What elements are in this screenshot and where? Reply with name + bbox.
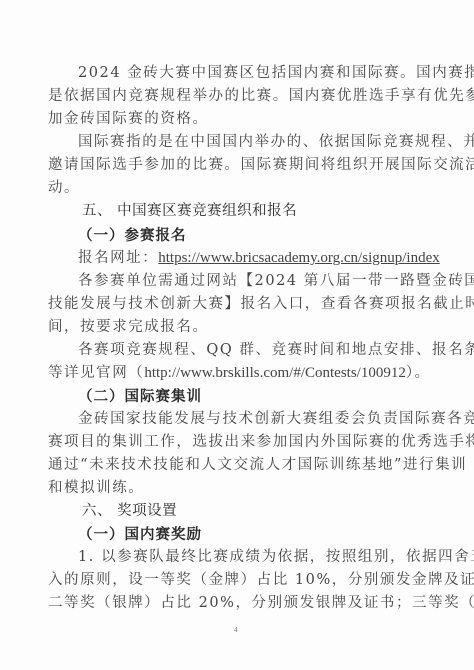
paragraph-3-line-3: 间，按要求完成报名。	[48, 316, 209, 339]
section-5-sub-2-heading: （二）国际赛集训	[78, 385, 202, 408]
paragraph-4-prefix: 等详见官网（	[48, 365, 144, 381]
paragraph-5-line-1: 金砖国家技能发展与技术创新大赛组委会负责国际赛各竞	[78, 408, 418, 431]
paragraph-5-line-3: 通过“未来技术技能和人文交流人才国际训练基地”进行集训	[48, 454, 418, 477]
official-site-url: http://www.brskills.com/#/Contests/10091…	[144, 365, 406, 381]
signup-line: 报名网址：https://www.bricsacademy.org.cn/sig…	[78, 247, 440, 270]
section-6-heading: 六、 奖项设置	[82, 500, 177, 523]
section-5-heading: 五、 中国赛区赛竞赛组织和报名	[82, 200, 297, 223]
paragraph-6-line-1: 1. 以参赛队最终比赛成绩为依据，按照组别，依据四舍五	[78, 546, 418, 569]
paragraph-5-line-4: 和模拟训练。	[48, 477, 144, 500]
document-page: 2024 金砖大赛中国赛区包括国内赛和国际赛。国内赛指的 是依据国内竞赛规程举办…	[0, 0, 474, 670]
paragraph-4-line-2: 等详见官网（http://www.brskills.com/#/Contests…	[48, 362, 431, 385]
signup-url-link[interactable]: https://www.bricsacademy.org.cn/signup/i…	[158, 250, 439, 266]
paragraph-6-line-2: 入的原则，设一等奖（金牌）占比 10%，分别颁发金牌及证书；	[48, 569, 418, 592]
paragraph-2-line-2: 邀请国际选手参加的比赛。国际赛期间将组织开展国际交流活	[48, 154, 418, 177]
paragraph-6-line-3: 二等奖（银牌）占比 20%，分别颁发银牌及证书；三等奖（铜牌）	[48, 592, 418, 615]
paragraph-1-line-2: 是依据国内竞赛规程举办的比赛。国内赛优胜选手享有优先参	[48, 85, 418, 108]
paragraph-4-suffix: ）。	[406, 365, 431, 381]
section-6-sub-1-heading: （一）国内赛奖励	[78, 523, 202, 546]
signup-label: 报名网址：	[78, 250, 158, 266]
paragraph-2-line-3: 动。	[48, 177, 80, 200]
paragraph-1-line-1: 2024 金砖大赛中国赛区包括国内赛和国际赛。国内赛指的	[78, 62, 418, 85]
page-number: 4	[234, 626, 238, 634]
paragraph-3-line-2: 技能发展与技术创新大赛】报名入口，查看各赛项报名截止时	[48, 293, 418, 316]
paragraph-3-line-1: 各参赛单位需通过网站【2024 第八届一带一路暨金砖国家	[78, 270, 418, 293]
paragraph-1-line-3: 加金砖国际赛的资格。	[48, 108, 209, 131]
section-5-sub-1-heading: （一）参赛报名	[78, 224, 187, 247]
paragraph-5-line-2: 赛项目的集训工作，选拔出来参加国内外国际赛的优秀选手将	[48, 431, 418, 454]
paragraph-4-line-1: 各赛项竞赛规程、QQ 群、竞赛时间和地点安排、报名条件	[78, 339, 418, 362]
paragraph-2-line-1: 国际赛指的是在中国国内举办的、依据国际竞赛规程、并	[78, 131, 418, 154]
